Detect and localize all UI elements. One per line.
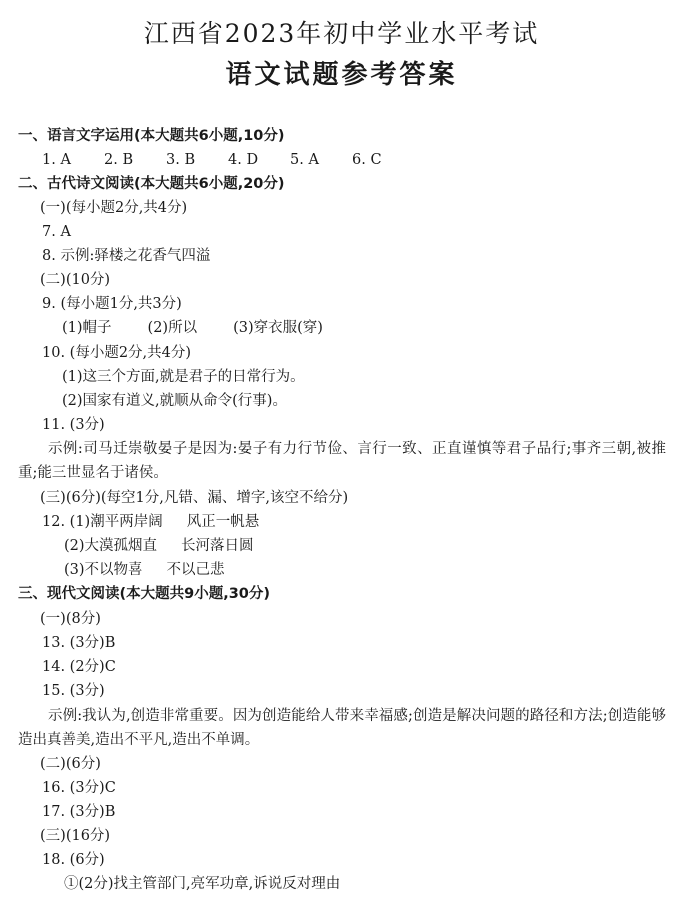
choice-answers-row: 1. A2. B3. B4. D5. A6. C bbox=[42, 150, 414, 170]
answer-2: 2. B bbox=[104, 150, 166, 170]
answer-q14: 14. (2分)C bbox=[42, 657, 116, 677]
answer-q9-row: (1)帽子(2)所以(3)穿衣服(穿) bbox=[62, 318, 323, 338]
answer-q18-1: ①(2分)找主管部门,亮军功章,诉说反对理由 bbox=[64, 874, 340, 894]
answer-q9-2: (2)所以 bbox=[148, 320, 198, 336]
answer-5: 5. A bbox=[290, 150, 352, 170]
answer-q7: 7. A bbox=[42, 222, 71, 242]
answer-q8: 8. 示例:驿楼之花香气四溢 bbox=[42, 246, 210, 266]
answer-q16: 16. (3分)C bbox=[42, 778, 116, 798]
part-heading: (三)(16分) bbox=[40, 826, 110, 846]
document-title: 江西省2023年初中学业水平考试 bbox=[0, 18, 683, 50]
question-q15: 15. (3分) bbox=[42, 681, 105, 701]
answer-q9-3: (3)穿衣服(穿) bbox=[233, 320, 323, 336]
section-heading-1: 一、语言文字运用(本大题共6小题,10分) bbox=[18, 126, 285, 146]
answer-q12-2a: (2)大漠孤烟直 bbox=[64, 538, 157, 554]
part-heading: (二)(6分) bbox=[40, 754, 101, 774]
part-heading: (三)(6分)(每空1分,凡错、漏、增字,该空不给分) bbox=[40, 488, 348, 508]
document-subtitle: 语文试题参考答案 bbox=[0, 58, 683, 92]
answer-q9-1: (1)帽子 bbox=[62, 320, 112, 336]
answer-3: 3. B bbox=[166, 150, 228, 170]
question-q10: 10. (每小题2分,共4分) bbox=[42, 343, 191, 363]
answer-q15: 示例:我认为,创造非常重要。因为创造能给人带来幸福感;创造是解决问题的路径和方法… bbox=[18, 704, 666, 752]
answer-q12-2b: 长河落日圆 bbox=[181, 538, 254, 554]
answer-q12-3b: 不以己悲 bbox=[167, 562, 225, 578]
part-heading: (一)(每小题2分,共4分) bbox=[40, 198, 187, 218]
part-heading: (一)(8分) bbox=[40, 609, 101, 629]
answer-q12-1b: 风正一帆悬 bbox=[187, 514, 260, 530]
question-q9: 9. (每小题1分,共3分) bbox=[42, 294, 182, 314]
answer-q12-3a: (3)不以物喜 bbox=[64, 562, 143, 578]
answer-q12-2: (2)大漠孤烟直长河落日圆 bbox=[64, 536, 254, 556]
answer-4: 4. D bbox=[228, 150, 290, 170]
part-heading: (二)(10分) bbox=[40, 270, 110, 290]
question-q18: 18. (6分) bbox=[42, 850, 105, 870]
answer-q10-2: (2)国家有道义,就顺从命令(行事)。 bbox=[62, 391, 287, 411]
answer-6: 6. C bbox=[352, 150, 414, 170]
answer-q17: 17. (3分)B bbox=[42, 802, 115, 822]
answer-q12-1: 12. (1)潮平两岸阔风正一帆悬 bbox=[42, 512, 259, 532]
answer-1: 1. A bbox=[42, 150, 104, 170]
section-heading-3: 三、现代文阅读(本大题共9小题,30分) bbox=[18, 584, 270, 604]
answer-q12-3: (3)不以物喜不以己悲 bbox=[64, 560, 225, 580]
answer-q10-1: (1)这三个方面,就是君子的日常行为。 bbox=[62, 367, 305, 387]
answer-q11: 示例:司马迁崇敬晏子是因为:晏子有力行节俭、言行一致、正直谨慎等君子品行;事齐三… bbox=[18, 437, 666, 485]
section-heading-2: 二、古代诗文阅读(本大题共6小题,20分) bbox=[18, 174, 285, 194]
question-q11: 11. (3分) bbox=[42, 415, 105, 435]
answer-q12-1a: 12. (1)潮平两岸阔 bbox=[42, 514, 163, 530]
answer-q13: 13. (3分)B bbox=[42, 633, 115, 653]
